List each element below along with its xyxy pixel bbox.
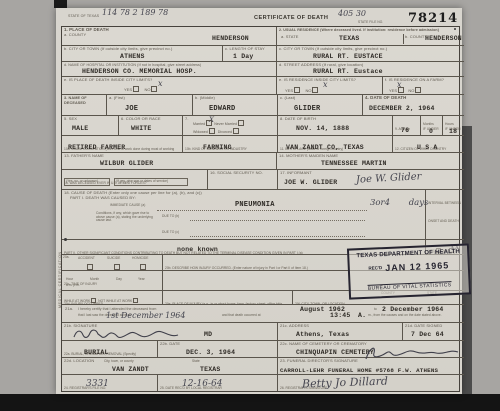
marital-option-divorced: Divorced: [218, 130, 232, 134]
ssn-label: 16. SOCIAL SECURITY NO.: [210, 171, 275, 176]
residence-city-label: c. CITY OR TOWN (If outside city limits,…: [279, 47, 462, 52]
state-of-texas-label: STATE OF TEXAS: [68, 14, 99, 19]
date-of-death-value: DECEMBER 2, 1964: [369, 105, 435, 112]
marital-handwritten-mark: X: [209, 116, 214, 124]
residence-city-limits-label: e. IS RESIDENCE INSIDE CITY LIMITS?: [279, 78, 380, 83]
not-while-at-work-label: NOT WHILE AT WORK: [98, 299, 132, 303]
no-label: NO: [144, 87, 150, 92]
burial-date-value: DEC. 3, 1964: [186, 349, 235, 356]
physician-address-cell: 21c. ADDRESS Athens, Texas: [277, 322, 402, 340]
homicide-label: HOMICIDE: [132, 257, 149, 261]
immediate-cause-label: IMMEDIATE CAUSE (a): [110, 204, 145, 208]
ssn-cell: 16. SOCIAL SECURITY NO.: [207, 169, 277, 189]
location-city-value: VAN ZANDT: [112, 366, 149, 373]
institution-value: HENDERSON CO. MEMORIAL HOSP.: [82, 68, 197, 75]
death-county-value: HENDERSON: [212, 35, 249, 42]
residence-county-label: b. COUNTY: [405, 35, 427, 40]
burial-value: BURIAL: [84, 349, 109, 356]
marital-option-never-married: Never Married: [214, 122, 237, 126]
father-name-label: 13. FATHER'S NAME: [64, 154, 274, 159]
part1-label: PART I. DEATH WAS CAUSED BY:: [70, 196, 136, 201]
death-city-limits-label: e. IS PLACE OF DEATH INSIDE CITY LIMITS?: [64, 78, 274, 83]
interval-label: INTERVAL BETWEEN ONSET AND DEATH: [428, 201, 461, 223]
funeral-home-value: CARROLL-LEHR FUNERAL HOME #5768 F.W. ATH…: [280, 367, 438, 374]
physician-degree: MD: [204, 331, 212, 338]
physician-address-label: 21c. ADDRESS: [280, 324, 400, 329]
burial-location-cell: 22d. LOCATION City, town, or county Stat…: [62, 357, 277, 374]
no-checkbox: [312, 87, 318, 93]
sex-cell: 5. SEX MALE: [62, 115, 118, 135]
father-name-value: WILBUR GLIDER: [100, 160, 153, 167]
date-signed-cell: 21d. DATE SIGNED 7 Dec 64: [402, 322, 464, 340]
received-stamp: TEXAS DEPARTMENT OF HEALTH REC'DJAN 12 1…: [347, 243, 471, 299]
cert-text4: and that death occurred at: [222, 314, 261, 318]
funeral-director-signature: [362, 343, 462, 365]
death-time-value: 13:45: [330, 312, 351, 319]
physician-signature-cell: 21b. SIGNATURE MD: [62, 322, 277, 340]
residence-city-value: RURAL RT. EUSTACE: [313, 53, 383, 60]
under-24-hours-cell: IF UNDER 24 HRS. Hours 18: [442, 115, 464, 135]
registrar-file-value: 3331: [86, 379, 109, 389]
cause-of-death-cell: 18. CAUSE OF DEATH (Enter only one cause…: [62, 189, 425, 239]
days-value: 18: [449, 128, 457, 135]
mother-name-label: 14. MOTHER'S MAIDEN NAME: [279, 154, 462, 159]
age-value: 76: [401, 127, 409, 134]
burial-date-cell: 22b. DATE DEC. 3, 1964: [157, 340, 277, 357]
residence-farm-cell: f. IS RESIDENCE ON A FARM? YES NO x: [382, 76, 464, 94]
residence-city-limits-cell: e. IS RESIDENCE INSIDE CITY LIMITS? YES …: [276, 76, 382, 94]
name-of-deceased-label: 3. NAME OF DECEASED: [64, 96, 104, 105]
injury-occurred-cell: 20d. INJURY OCCURRED WHILE AT WORK NOT W…: [62, 290, 162, 304]
yes-checkbox: [294, 87, 300, 93]
scan-bottom-black-band: [0, 394, 500, 411]
place-of-injury-cell: 20e. PLACE OF INJURY (e.g., in or about …: [162, 290, 292, 304]
death-certificate-page: STATE OF TEXAS 114 78 2 189 78 CERTIFICA…: [56, 8, 462, 394]
while-at-work-label: WHILE AT WORK: [64, 299, 90, 303]
birthplace-cell: 11. BIRTHPLACE (State or foreign country…: [277, 135, 392, 152]
registrar-signature: Betty Jo Dillard: [302, 375, 388, 391]
date-of-birth-value: NOV. 14, 1888: [296, 125, 349, 132]
death-city-value: ATHENS: [120, 53, 145, 60]
state-file-number: 78214: [408, 11, 458, 26]
marital-status-cell: 7. Married Never Married Widowed Divorce…: [182, 115, 277, 135]
handwritten-note: 405 30: [338, 9, 366, 18]
last-seen-handwritten-date: 1st December 1964: [106, 311, 185, 320]
interval-cell: INTERVAL BETWEEN ONSET AND DEATH: [425, 189, 464, 239]
street-address-value: RURAL RT. Eustace: [313, 68, 383, 75]
birthplace-value: VAN ZANDT CO, TEXAS: [286, 144, 364, 151]
informant-signature: Joe W. Glider: [356, 171, 422, 185]
date-of-death-label: 4. DATE OF DEATH: [365, 96, 462, 101]
accident-suicide-homicide-cell: 20a. ACCIDENT SUICIDE HOMICIDE: [62, 254, 162, 270]
certification-statement-cell: 21a. I hereby certify that I attended th…: [62, 304, 464, 322]
armed-forces-cell: 15. WAS DECEASED EVER IN U.S. ARMED FORC…: [62, 169, 207, 189]
burial-date-label: 22b. DATE: [160, 342, 275, 347]
location-state-value: TEXAS: [200, 366, 221, 373]
residence-state-label: a. STATE: [281, 35, 299, 40]
certificate-title: CERTIFICATE OF DEATH: [254, 15, 328, 21]
race-value: WHITE: [131, 125, 152, 132]
last-name-value: GLIDER: [294, 105, 320, 113]
divorced-checkbox: [233, 128, 239, 134]
yes-label: YES: [124, 87, 132, 92]
scan-speck: [454, 28, 456, 30]
date-of-birth-label: 8. DATE OF BIRTH: [280, 117, 390, 122]
location-state-sublabel: State: [192, 360, 200, 364]
occupation-value: RETIRED FARMER: [68, 144, 125, 151]
armed-forces-sub2: (If yes, give war or dates of service): [114, 178, 188, 186]
last-name-cell: c. (Last) GLIDER: [277, 94, 362, 115]
street-address-cell: d. STREET ADDRESS (If rural, give locati…: [276, 61, 464, 76]
no-checkbox: [151, 86, 157, 92]
marital-label: 7.: [185, 117, 189, 122]
first-name-value: JOE: [125, 105, 138, 113]
cert-text5: m., from the causes and on the date stat…: [368, 314, 442, 318]
months-label: Months: [423, 123, 434, 127]
residence-section-label: 2. USUAL RESIDENCE (Where deceased lived…: [279, 28, 462, 33]
scan-corner-mark: [54, 0, 67, 8]
dotted-line: [157, 209, 367, 211]
under-one-year-cell: IF UNDER 1 YEAR Months 0: [420, 115, 442, 135]
citizen-cell: 12. CITIZEN OF WHAT COUNTRY U S A: [392, 135, 464, 152]
length-of-stay-value: 1 Day: [233, 53, 254, 60]
race-label: 6. COLOR OR RACE: [121, 117, 180, 122]
physician-address-value: Athens, Texas: [296, 331, 349, 338]
injury-20a-label: 20a.: [63, 256, 69, 260]
divider: [403, 34, 404, 44]
street-address-label: d. STREET ADDRESS (If rural, give locati…: [279, 63, 462, 68]
name-label-cell: 3. NAME OF DECEASED (Type or print): [62, 94, 106, 115]
attended-to-value: 2 December 1964: [382, 306, 444, 313]
middle-name-label: b. (Middle): [195, 96, 275, 101]
middle-name-value: EDWARD: [209, 105, 235, 113]
cert-to-word: to: [374, 308, 377, 312]
informant-cell: 17. INFORMANT JOE W. GLIDER Joe W. Glide…: [277, 169, 464, 189]
dotted-line: [190, 235, 365, 237]
registrar-file-cell: 24. REGISTRAR'S FILE NO. 3331: [62, 374, 157, 391]
marital-option-married: Married: [193, 122, 205, 126]
cert-21a-label: 21a.: [65, 307, 73, 312]
first-name-label: a. (First): [109, 96, 190, 101]
no-label: NO: [305, 88, 311, 93]
informant-value: JOE W. GLIDER: [284, 179, 337, 186]
burial-location-label: 22d. LOCATION: [64, 359, 94, 364]
physician-signature: [72, 327, 187, 340]
death-city-label: b. CITY OR TOWN (If outside city limits,…: [64, 47, 220, 52]
date-of-death-cell: 4. DATE OF DEATH DECEMBER 2, 1964: [362, 94, 464, 115]
length-of-stay-label: c. LENGTH OF STAY: [225, 47, 274, 52]
death-city-limits-cell: e. IS PLACE OF DEATH INSIDE CITY LIMITS?…: [62, 76, 276, 94]
armed-forces-sub1: (Yes, no, or unknown): [64, 178, 110, 186]
time-of-injury-cell: 20c. TIME OF INJURY Hour Month Day Year …: [62, 270, 162, 290]
stamp-date: JAN 12 1965: [385, 260, 449, 273]
institution-cell: d. NAME OF HOSPITAL OR INSTITUTION (If n…: [62, 61, 276, 76]
first-name-cell: a. (First) JOE: [106, 94, 192, 115]
father-name-cell: 13. FATHER'S NAME WILBUR GLIDER: [62, 152, 276, 169]
date-signed-value: 7 Dec 64: [411, 331, 444, 338]
due-to-b-label: DUE TO (b): [162, 215, 179, 219]
residence-limits-handwritten-mark: x: [323, 80, 328, 89]
age-cell: 9. AGE (In years last birthday) 76: [392, 115, 420, 135]
place-of-death-county-cell: 1. PLACE OF DEATH a. COUNTY HENDERSON: [62, 27, 276, 45]
middle-name-cell: b. (Middle) EDWARD: [192, 94, 277, 115]
citizen-value: U S A: [417, 144, 438, 151]
stamp-recd-label: REC'D: [368, 265, 382, 271]
no-checkbox: [415, 87, 421, 93]
city-limits-handwritten-mark: x: [158, 79, 163, 88]
sex-label: 5. SEX: [64, 117, 116, 122]
never-married-checkbox: [238, 120, 244, 126]
mother-name-cell: 14. MOTHER'S MAIDEN NAME TENNESSEE MARTI…: [276, 152, 464, 169]
certificate-grid: 1. PLACE OF DEATH a. COUNTY HENDERSON 2.…: [61, 26, 460, 392]
conditions-note: Conditions, if any, which gave rise to a…: [96, 212, 156, 223]
meridian-label: a.m. p.m.: [66, 284, 80, 288]
burial-cell: 22a. BURIAL, CREMATION, REMOVAL (Specify…: [62, 340, 157, 357]
yes-checkbox: [133, 86, 139, 92]
race-cell: 6. COLOR OR RACE WHITE: [118, 115, 182, 135]
part2-value: none known: [177, 246, 218, 253]
hour-label: Hour: [66, 278, 73, 282]
yes-label: YES: [389, 88, 397, 93]
no-label: NO: [408, 88, 414, 93]
date-of-birth-cell: 8. DATE OF BIRTH NOV. 14, 1888: [277, 115, 392, 135]
stamp-bureau-line: BUREAU OF VITAL STATISTICS: [368, 281, 452, 292]
months-value: 0: [429, 128, 433, 135]
yes-label: YES: [285, 88, 293, 93]
last-name-label: c. (Last): [280, 96, 360, 101]
institution-label: d. NAME OF HOSPITAL OR INSTITUTION (If n…: [64, 63, 274, 68]
death-city-cell: b. CITY OR TOWN (If outside city limits,…: [62, 45, 222, 61]
farm-handwritten-mark: x: [397, 80, 402, 89]
widowed-checkbox: [209, 128, 215, 134]
accident-label: ACCIDENT: [78, 257, 95, 261]
scan-speck: [64, 238, 67, 241]
registrar-signature-cell: 26. REGISTRAR'S SIGNATURE Betty Jo Dilla…: [277, 374, 464, 391]
mother-name-value: TENNESSEE MARTIN: [321, 160, 387, 167]
occupation-cell: 10a. USUAL OCCUPATION (Give kind of work…: [62, 135, 182, 152]
interval-handwritten-value: 3or4 days: [370, 198, 428, 208]
registrar-date-value: 12-16-64: [182, 379, 222, 389]
industry-cell: 10b. KIND OF BUSINESS OR INDUSTRY FARMIN…: [182, 135, 277, 152]
day-label: Day: [116, 278, 122, 282]
year-label: Year: [138, 278, 145, 282]
state-file-no-label: STATE FILE NO.: [358, 20, 383, 25]
due-to-c-label: DUE TO (c): [162, 231, 179, 235]
suicide-label: SUICIDE: [107, 257, 120, 261]
at-work-checkbox: [91, 298, 96, 303]
residence-county-value: HENDERSON: [425, 35, 462, 42]
marital-option-widowed: Widowed: [193, 130, 208, 134]
dotted-line: [190, 219, 365, 221]
month-label: Month: [90, 278, 99, 282]
sex-value: MALE: [72, 125, 88, 132]
immediate-cause-value: PNEUMONIA: [235, 201, 275, 209]
residence-header-cell: 2. USUAL RESIDENCE (Where deceased lived…: [276, 27, 464, 45]
industry-value: FARMING: [203, 144, 232, 151]
residence-city-cell: c. CITY OR TOWN (If outside city limits,…: [276, 45, 464, 61]
not-at-work-checkbox: [133, 298, 138, 303]
length-of-stay-cell: c. LENGTH OF STAY 1 Day: [222, 45, 276, 61]
registrar-date-cell: 25. DATE REC'D BY LOCAL REGISTRAR 12-16-…: [157, 374, 277, 391]
handwritten-file-code: 114 78 2 189 78: [102, 8, 168, 17]
location-city-sublabel: City, town, or county: [104, 360, 134, 364]
death-time-ampm: A.: [358, 312, 366, 319]
hours-label: Hours: [445, 123, 454, 127]
date-signed-label: 21d. DATE SIGNED: [405, 324, 462, 329]
residence-state-value: TEXAS: [339, 35, 360, 42]
